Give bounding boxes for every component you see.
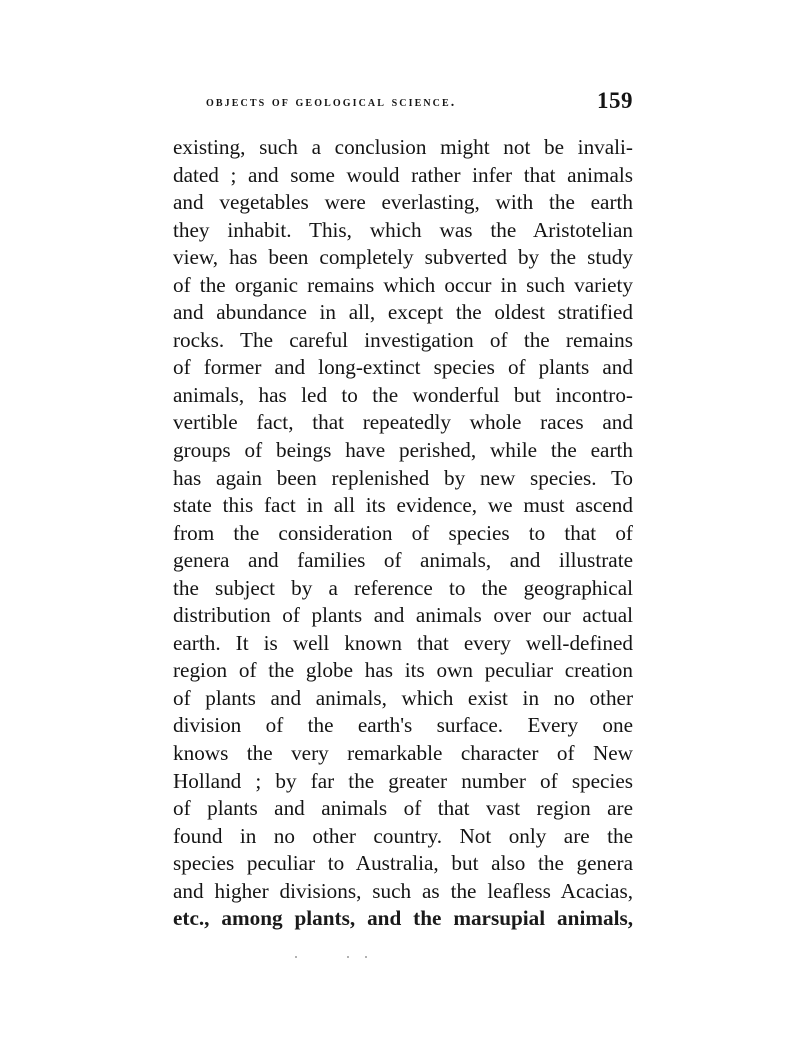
running-head: OBJECTS OF GEOLOGICAL SCIENCE. 159 [173,88,633,118]
speck [347,956,349,958]
text-line: found in no other country. Not only are … [173,823,633,851]
text-line: they inhabit. This, which was the Aristo… [173,217,633,245]
text-line: and vegetables were everlasting, with th… [173,189,633,217]
text-line: division of the earth's surface. Every o… [173,712,633,740]
text-line: Holland ; by far the greater number of s… [173,768,633,796]
book-page: OBJECTS OF GEOLOGICAL SCIENCE. 159 exist… [0,0,800,1050]
text-line: of former and long-extinct species of pl… [173,354,633,382]
text-line: rocks. The careful investigation of the … [173,327,633,355]
text-line: and higher divisions, such as the leafle… [173,878,633,906]
text-line: etc., among plants, and the marsupial an… [173,905,633,933]
text-line: region of the globe has its own peculiar… [173,657,633,685]
text-line: of the organic remains which occur in su… [173,272,633,300]
text-line: existing, such a conclusion might not be… [173,134,633,162]
text-line: knows the very remarkable character of N… [173,740,633,768]
text-line: of plants and animals of that vast regio… [173,795,633,823]
text-line: has again been replenished by new specie… [173,465,633,493]
text-line: genera and families of animals, and illu… [173,547,633,575]
running-title: OBJECTS OF GEOLOGICAL SCIENCE. [206,95,456,111]
text-line: species peculiar to Australia, but also … [173,850,633,878]
speck [295,956,297,958]
text-line: dated ; and some would rather infer that… [173,162,633,190]
page-number: 159 [597,88,633,114]
body-text: existing, such a conclusion might not be… [173,134,633,933]
text-line: from the consideration of species to tha… [173,520,633,548]
text-line: of plants and animals, which exist in no… [173,685,633,713]
text-line: view, has been completely subverted by t… [173,244,633,272]
text-line: earth. It is well known that every well-… [173,630,633,658]
text-line: state this fact in all its evidence, we … [173,492,633,520]
text-line: the subject by a reference to the geogra… [173,575,633,603]
speck [365,956,367,958]
text-line: groups of beings have perished, while th… [173,437,633,465]
text-line: vertible fact, that repeatedly whole rac… [173,409,633,437]
text-line: and abundance in all, except the oldest … [173,299,633,327]
text-line: animals, has led to the wonderful but in… [173,382,633,410]
text-line: distribution of plants and animals over … [173,602,633,630]
scan-specks [295,956,385,960]
